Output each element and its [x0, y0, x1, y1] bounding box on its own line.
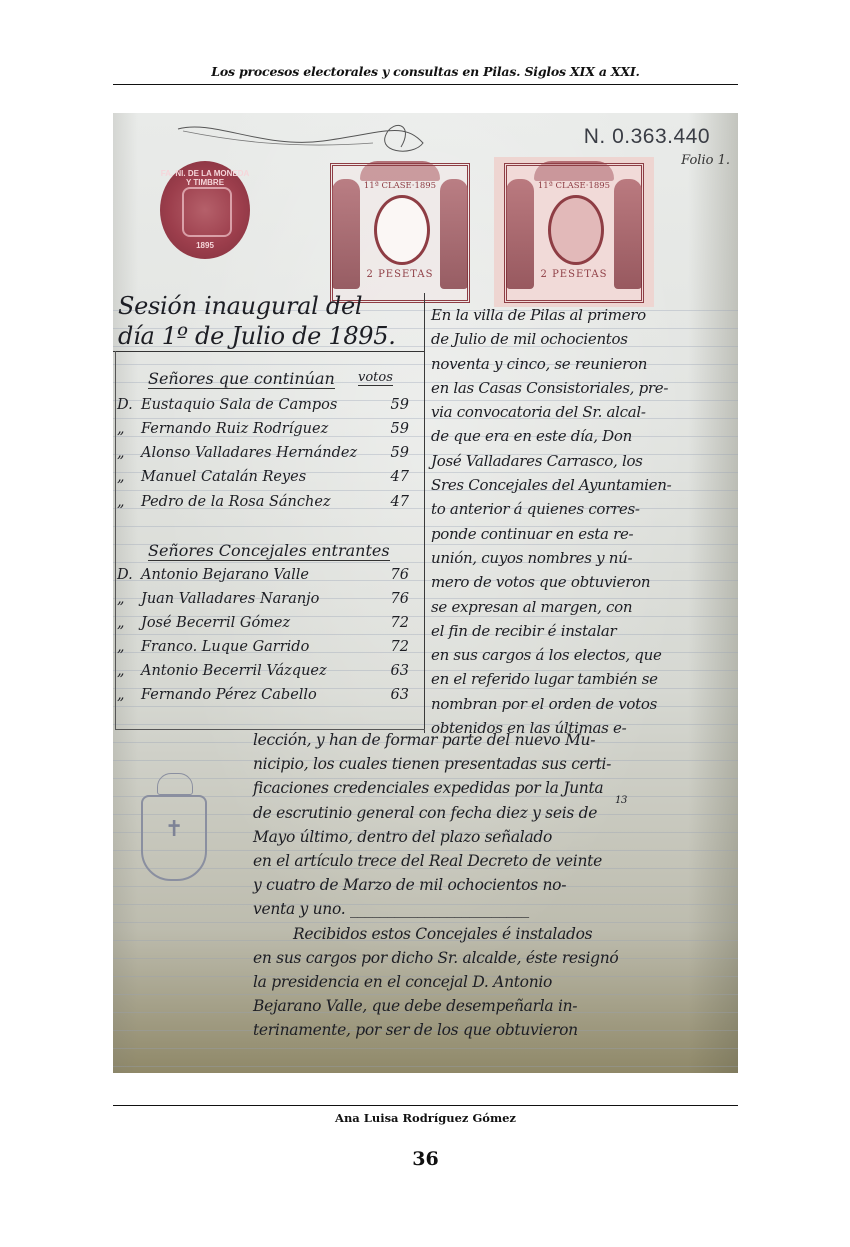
vote-count: 76: [391, 567, 409, 583]
stamp-class: 11ª CLASE·1895: [320, 181, 480, 191]
minutes-line: en el referido lugar también se: [431, 667, 671, 691]
vote-count: 47: [391, 469, 409, 485]
councillor-name: Manuel Catalán Reyes: [141, 469, 306, 485]
councillor-name: Alonso Valladares Hernández: [141, 445, 357, 461]
minutes-line: Sres Concejales del Ayuntamien-: [431, 473, 671, 497]
councillor-name: Eustaquio Sala de Campos: [141, 397, 337, 413]
councillor-name: Antonio Becerril Vázquez: [141, 663, 327, 679]
councillor-name: Franco. Luque Garrido: [141, 639, 309, 655]
continuing-heading: Señores que continúan: [148, 369, 335, 389]
minutes-line: to anterior á quienes corres-: [431, 497, 671, 521]
row-prefix: „: [117, 663, 137, 679]
minutes-line: En la villa de Pilas al primero: [431, 303, 671, 327]
councillor-row: „ Fernando Ruiz Rodríguez 59: [117, 421, 417, 445]
minutes-line: venta y uno. ________________________: [253, 897, 618, 921]
header-rule: [113, 84, 738, 85]
vote-count: 47: [391, 494, 409, 510]
vote-count: 72: [391, 639, 409, 655]
minutes-line: en sus cargos por dicho Sr. alcalde, ést…: [253, 946, 618, 970]
stamp-oval-icon: [374, 195, 430, 265]
minutes-line: la presidencia en el concejal D. Antonio: [253, 970, 618, 994]
councillor-row: „ José Becerril Gómez 72: [117, 615, 417, 639]
minutes-line: Recibidos estos Concejales é instalados: [253, 922, 618, 946]
minutes-bottom: lección, y han de formar parte del nuevo…: [253, 728, 618, 1043]
councillor-name: José Becerril Gómez: [141, 615, 290, 631]
tax-stamp-1: 11ª CLASE·1895 2 PESETAS: [320, 157, 480, 307]
seal-coat-of-arms-icon: [182, 187, 232, 237]
row-prefix: „: [117, 445, 137, 461]
municipal-stamp: ✝: [139, 773, 209, 885]
session-title: Sesión inaugural del día 1º de Julio de …: [118, 291, 396, 351]
title-line: día 1º de Julio de 1895.: [118, 321, 396, 351]
minutes-line: terinamente, por ser de los que obtuvier…: [253, 1018, 618, 1042]
minutes-line: de que era en este día, Don: [431, 424, 671, 448]
stamp-value: 2 PESETAS: [494, 269, 654, 280]
councillor-name: Juan Valladares Naranjo: [141, 591, 319, 607]
councillor-row: „ Fernando Pérez Cabello 63: [117, 687, 417, 711]
minutes-line: José Valladares Carrasco, los: [431, 449, 671, 473]
footer-rule: [113, 1105, 738, 1106]
councillor-row: „ Franco. Luque Garrido 72: [117, 639, 417, 663]
row-prefix: D.: [117, 567, 137, 583]
page-number: 36: [113, 1148, 738, 1170]
minutes-line: de escrutinio general con fecha diez y s…: [253, 801, 618, 825]
row-prefix: „: [117, 591, 137, 607]
minutes-line: nicipio, los cuales tienen presentadas s…: [253, 752, 618, 776]
title-line: Sesión inaugural del: [118, 291, 396, 321]
minutes-line: y cuatro de Marzo de mil ochocientos no-: [253, 873, 618, 897]
cross-icon: ✝: [165, 817, 183, 842]
vote-count: 59: [391, 421, 409, 437]
councillor-row: „ Alonso Valladares Hernández 59: [117, 445, 417, 469]
vote-count: 63: [391, 687, 409, 703]
row-prefix: „: [117, 639, 137, 655]
minutes-line: el fin de recibir é instalar: [431, 619, 671, 643]
minutes-line: ponde continuar en esta re-: [431, 522, 671, 546]
serial-number: N. 0.363.440: [584, 125, 710, 149]
councillor-row: D. Antonio Bejarano Valle 76: [117, 567, 417, 591]
votes-heading: votos: [358, 370, 393, 386]
vote-count: 76: [391, 591, 409, 607]
councillor-name: Fernando Ruiz Rodríguez: [141, 421, 328, 437]
vote-count: 72: [391, 615, 409, 631]
vote-count: 63: [391, 663, 409, 679]
minutes-line: en sus cargos á los electos, que: [431, 643, 671, 667]
minutes-line: de Julio de mil ochocientos: [431, 327, 671, 351]
vote-count: 59: [391, 445, 409, 461]
row-prefix: „: [117, 615, 137, 631]
councillor-name: Fernando Pérez Cabello: [141, 687, 317, 703]
tax-stamp-2: 11ª CLASE·1895 2 PESETAS: [494, 157, 654, 307]
footer-author: Ana Luisa Rodríguez Gómez: [113, 1111, 738, 1125]
minutes-line: se expresan al margen, con: [431, 595, 671, 619]
minutes-line: Bejarano Valle, que debe desempeñarla in…: [253, 994, 618, 1018]
minutes-line: en el artículo trece del Real Decreto de…: [253, 849, 618, 873]
councillor-row: „ Pedro de la Rosa Sánchez 47: [117, 494, 417, 518]
minutes-line: en las Casas Consistoriales, pre-: [431, 376, 671, 400]
councillor-row: D. Eustaquio Sala de Campos 59: [117, 397, 417, 421]
minutes-line: ficaciones credenciales expedidas por la…: [253, 776, 618, 800]
seal-year: 1895: [160, 241, 250, 250]
minutes-line: via convocatoria del Sr. alcal-: [431, 400, 671, 424]
row-prefix: „: [117, 494, 137, 510]
stamp-value: 2 PESETAS: [320, 269, 480, 280]
running-header: Los procesos electorales y consultas en …: [113, 64, 738, 79]
minutes-line: nombran por el orden de votos: [431, 692, 671, 716]
manuscript-photo: N. 0.363.440 Folio 1. FA. Nl. DE LA MONE…: [113, 113, 738, 1073]
margin-note: 13: [615, 796, 627, 806]
row-prefix: D.: [117, 397, 137, 413]
row-prefix: „: [117, 421, 137, 437]
minutes-line: Mayo último, dentro del plazo señalado: [253, 825, 618, 849]
row-prefix: „: [117, 687, 137, 703]
councillor-name: Pedro de la Rosa Sánchez: [141, 494, 331, 510]
stamp-class: 11ª CLASE·1895: [494, 181, 654, 191]
embossed-seal: FA. Nl. DE LA MONEDA Y TIMBRE 1895: [160, 161, 250, 259]
minutes-line: lección, y han de formar parte del nuevo…: [253, 728, 618, 752]
stamp-coat-of-arms-icon: [548, 195, 604, 265]
folio-mark: Folio 1.: [681, 153, 730, 168]
councillor-row: „ Juan Valladares Naranjo 76: [117, 591, 417, 615]
minutes-line: mero de votos que obtuvieron: [431, 570, 671, 594]
minutes-right-column: En la villa de Pilas al primero de Julio…: [431, 303, 671, 740]
councillor-row: „ Manuel Catalán Reyes 47: [117, 469, 417, 493]
councillor-name: Antonio Bejarano Valle: [141, 567, 309, 583]
vote-count: 59: [391, 397, 409, 413]
seal-legend: FA. Nl. DE LA MONEDA Y TIMBRE: [160, 169, 250, 187]
minutes-line: unión, cuyos nombres y nú-: [431, 546, 671, 570]
pen-flourish: [173, 119, 433, 157]
row-prefix: „: [117, 469, 137, 485]
crown-icon: [157, 773, 193, 795]
councillor-row: „ Antonio Becerril Vázquez 63: [117, 663, 417, 687]
minutes-line: noventa y cinco, se reunieron: [431, 352, 671, 376]
incoming-heading: Señores Concejales entrantes: [148, 541, 390, 561]
